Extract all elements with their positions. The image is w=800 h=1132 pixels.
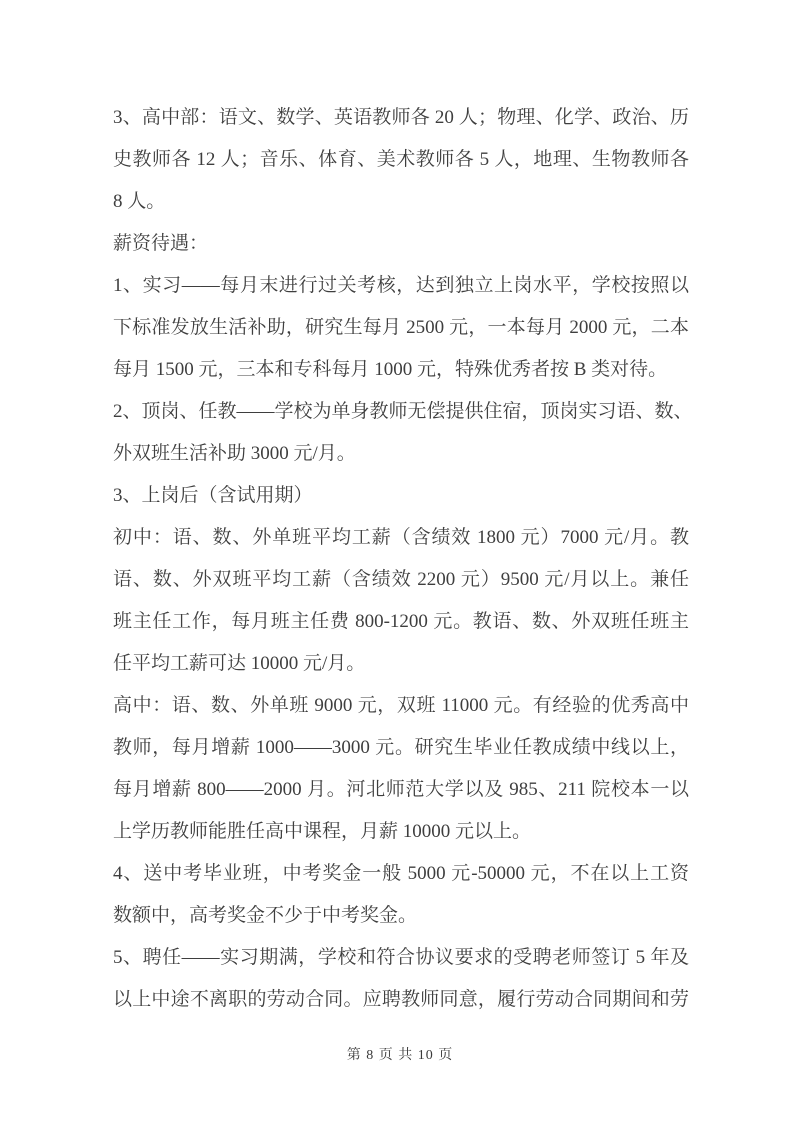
text-line: 史教师各 12 人；音乐、体育、美术教师各 5 人，地理、生物教师各 [113, 139, 689, 181]
text-line: 高中：语、数、外单班 9000 元，双班 11000 元。有经验的优秀高中 [113, 685, 689, 727]
document-page: 3、高中部：语文、数学、英语教师各 20 人；物理、化学、政治、历史教师各 12… [0, 0, 800, 1132]
document-body: 3、高中部：语文、数学、英语教师各 20 人；物理、化学、政治、历史教师各 12… [113, 97, 689, 1021]
text-line: 外双班生活补助 3000 元/月。 [113, 433, 689, 475]
page-number-label: 第 8 页 共 10 页 [347, 1048, 454, 1063]
text-line: 每月 1500 元，三本和专科每月 1000 元，特殊优秀者按 B 类对待。 [113, 349, 689, 391]
text-line: 上学历教师能胜任高中课程，月薪 10000 元以上。 [113, 811, 689, 853]
text-line: 1、实习——每月末进行过关考核，达到独立上岗水平，学校按照以 [113, 265, 689, 307]
text-line: 以上中途不离职的劳动合同。应聘教师同意，履行劳动合同期间和劳 [113, 979, 689, 1021]
text-line: 8 人。 [113, 181, 689, 223]
text-line: 3、上岗后（含试用期） [113, 475, 689, 517]
text-line: 班主任工作，每月班主任费 800-1200 元。教语、数、外双班任班主 [113, 601, 689, 643]
text-line: 3、高中部：语文、数学、英语教师各 20 人；物理、化学、政治、历 [113, 97, 689, 139]
text-line: 4、送中考毕业班，中考奖金一般 5000 元-50000 元，不在以上工资 [113, 853, 689, 895]
text-line: 初中：语、数、外单班平均工薪（含绩效 1800 元）7000 元/月。教 [113, 517, 689, 559]
page-footer: 第 8 页 共 10 页 [0, 1044, 800, 1064]
text-line: 2、顶岗、任教——学校为单身教师无偿提供住宿，顶岗实习语、数、 [113, 391, 689, 433]
text-line: 每月增薪 800——2000 月。河北师范大学以及 985、211 院校本一以 [113, 769, 689, 811]
text-line: 下标准发放生活补助，研究生每月 2500 元，一本每月 2000 元，二本 [113, 307, 689, 349]
text-line: 教师，每月增薪 1000——3000 元。研究生毕业任教成绩中线以上， [113, 727, 689, 769]
text-line: 薪资待遇： [113, 223, 689, 265]
text-line: 语、数、外双班平均工薪（含绩效 2200 元）9500 元/月以上。兼任 [113, 559, 689, 601]
text-line: 任平均工薪可达 10000 元/月。 [113, 643, 689, 685]
text-line: 5、聘任——实习期满，学校和符合协议要求的受聘老师签订 5 年及 [113, 937, 689, 979]
text-line: 数额中，高考奖金不少于中考奖金。 [113, 895, 689, 937]
